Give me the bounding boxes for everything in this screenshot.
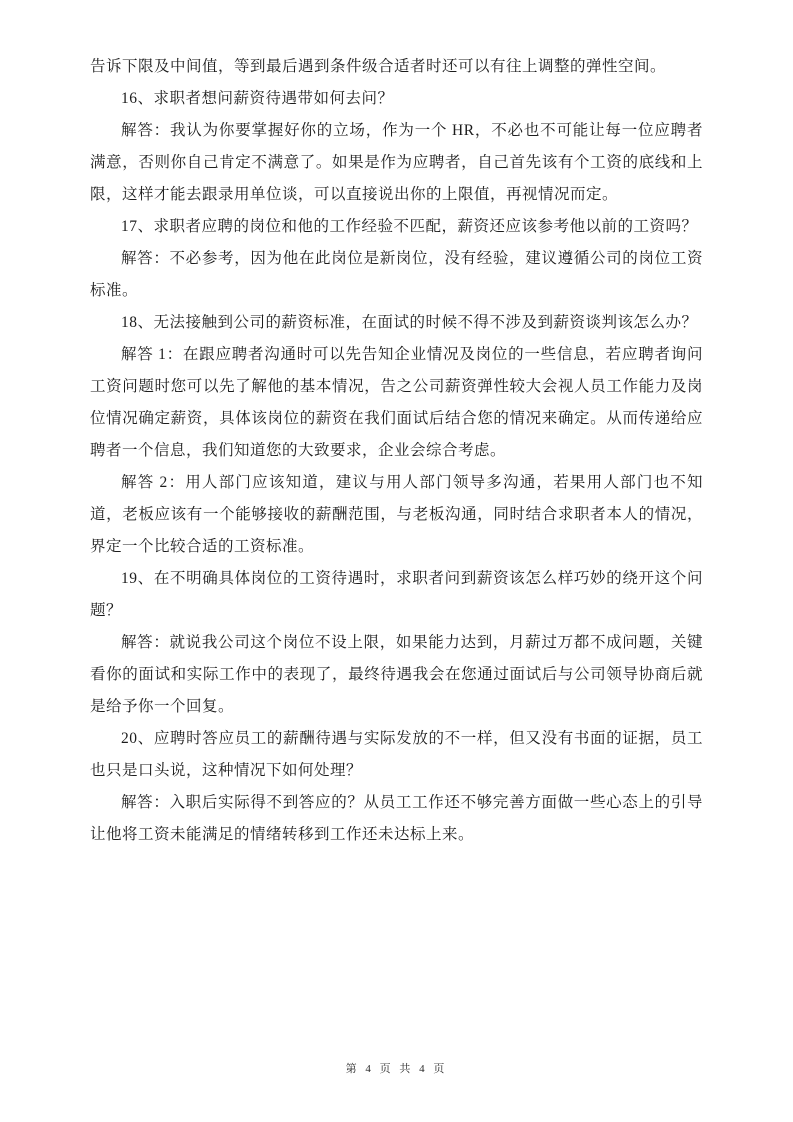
- answer-20: 解答：入职后实际得不到答应的？从员工工作还不够完善方面做一些心态上的引导让他将工…: [90, 787, 703, 851]
- answer-17: 解答：不必参考，因为他在此岗位是新岗位，没有经验，建议遵循公司的岗位工资标准。: [90, 243, 703, 307]
- question-16: 16、求职者想问薪资待遇带如何去问？: [90, 83, 703, 115]
- answer-18-2: 解答 2：用人部门应该知道，建议与用人部门领导多沟通，若果用人部门也不知道，老板…: [90, 467, 703, 563]
- question-17: 17、求职者应聘的岗位和他的工作经验不匹配，薪资还应该参考他以前的工资吗？: [90, 211, 703, 243]
- answer-18-1: 解答 1：在跟应聘者沟通时可以先告知企业情况及岗位的一些信息，若应聘者询问工资问…: [90, 339, 703, 467]
- question-19: 19、在不明确具体岗位的工资待遇时，求职者问到薪资该怎么样巧妙的绕开这个问题？: [90, 563, 703, 627]
- answer-19: 解答：就说我公司这个岗位不设上限，如果能力达到，月薪过万都不成问题，关键看你的面…: [90, 627, 703, 723]
- question-20: 20、应聘时答应员工的薪酬待遇与实际发放的不一样，但又没有书面的证据，员工也只是…: [90, 723, 703, 787]
- document-body: 告诉下限及中间值，等到最后遇到条件级合适者时还可以有往上调整的弹性空间。 16、…: [90, 51, 703, 851]
- page-number-label: 第 4 页 共 4 页: [346, 1063, 448, 1075]
- paragraph-continuation: 告诉下限及中间值，等到最后遇到条件级合适者时还可以有往上调整的弹性空间。: [90, 51, 703, 83]
- answer-16: 解答：我认为你要掌握好你的立场，作为一个 HR，不必也不可能让每一位应聘者满意，…: [90, 115, 703, 211]
- document-page: 告诉下限及中间值，等到最后遇到条件级合适者时还可以有往上调整的弹性空间。 16、…: [0, 0, 793, 1122]
- page-footer: 第 4 页 共 4 页: [0, 1059, 793, 1079]
- question-18: 18、无法接触到公司的薪资标准，在面试的时候不得不涉及到薪资谈判该怎么办？: [90, 307, 703, 339]
